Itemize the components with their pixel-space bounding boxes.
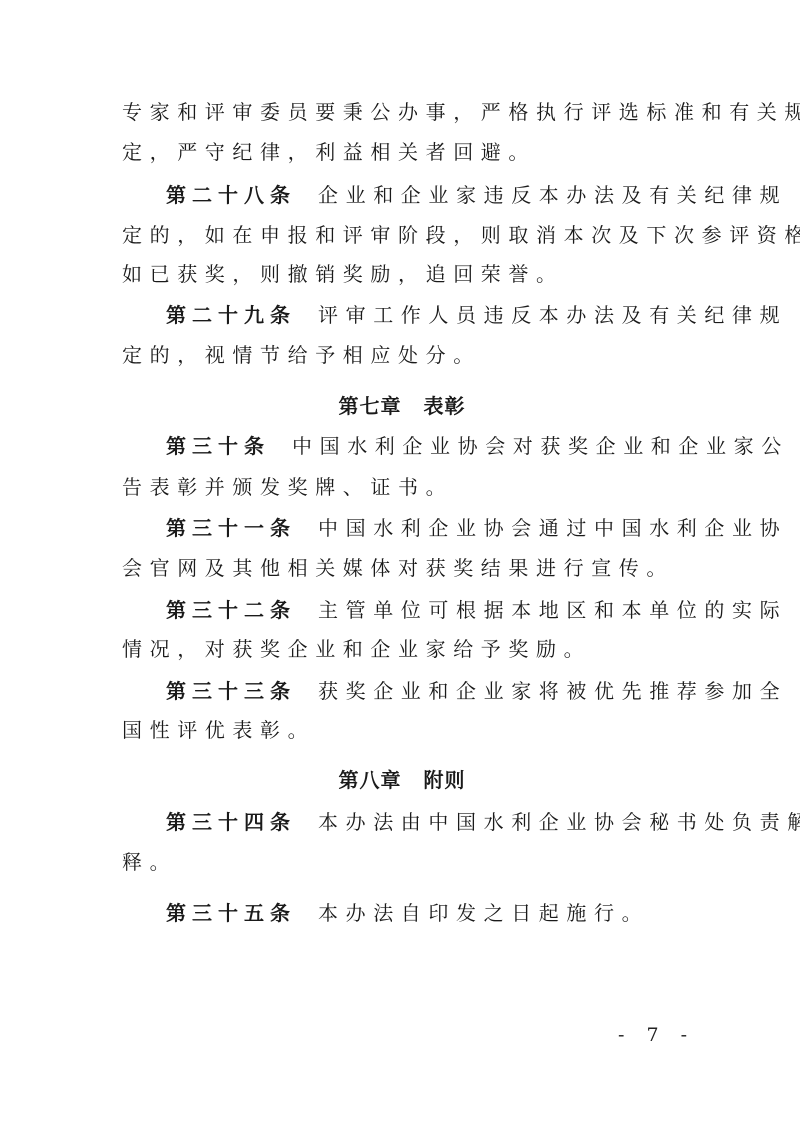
paragraph-line: 专家和评审委员要秉公办事，严格执行评选标准和有关规 (122, 98, 800, 126)
article-29: 第二十九条评审工作人员违反本办法及有关纪律规 (166, 301, 787, 329)
paragraph-line: 定的，如在申报和评审阶段，则取消本次及下次参评资格； (122, 221, 800, 249)
chapter-number: 第八章 (339, 768, 402, 792)
article-text: 主管单位可根据本地区和本单位的实际 (318, 598, 787, 622)
article-34: 第三十四条本办法由中国水利企业协会秘书处负责解 (166, 808, 800, 836)
article-28: 第二十八条企业和企业家违反本办法及有关纪律规 (166, 181, 787, 209)
chapter-title: 附则 (424, 768, 466, 792)
paragraph-line: 如已获奖，则撤销奖励，追回荣誉。 (122, 260, 564, 288)
article-text: 本办法由中国水利企业协会秘书处负责解 (318, 810, 800, 834)
paragraph-line: 定的，视情节给予相应处分。 (122, 341, 481, 369)
article-text: 评审工作人员违反本办法及有关纪律规 (318, 303, 787, 327)
article-30: 第三十条中国水利企业协会对获奖企业和企业家公 (166, 432, 789, 460)
article-35: 第三十五条本办法自印发之日起施行。 (166, 899, 649, 927)
article-32: 第三十二条主管单位可根据本地区和本单位的实际 (166, 596, 787, 624)
paragraph-line: 会官网及其他相关媒体对获奖结果进行宣传。 (122, 554, 674, 582)
paragraph-line: 告表彰并颁发奖牌、证书。 (122, 473, 453, 501)
paragraph-line: 情况，对获奖企业和企业家给予奖励。 (122, 635, 591, 663)
chapter-heading-7: 第七章表彰 (122, 392, 682, 420)
article-text: 中国水利企业协会对获奖企业和企业家公 (292, 434, 789, 458)
article-label: 第三十四条 (166, 810, 296, 834)
article-33: 第三十三条获奖企业和企业家将被优先推荐参加全 (166, 677, 787, 705)
article-31: 第三十一条中国水利企业协会通过中国水利企业协 (166, 514, 787, 542)
paragraph-line: 国性评优表彰。 (122, 716, 315, 744)
article-label: 第三十二条 (166, 598, 296, 622)
article-text: 中国水利企业协会通过中国水利企业协 (318, 516, 787, 540)
article-label: 第三十条 (166, 434, 270, 458)
article-label: 第二十九条 (166, 303, 296, 327)
article-text: 企业和企业家违反本办法及有关纪律规 (318, 183, 787, 207)
chapter-title: 表彰 (424, 394, 466, 418)
article-text: 获奖企业和企业家将被优先推荐参加全 (318, 679, 787, 703)
article-text: 本办法自印发之日起施行。 (318, 901, 649, 925)
chapter-heading-8: 第八章附则 (122, 766, 682, 794)
paragraph-line: 释。 (122, 848, 177, 876)
page-number: - 7 - (618, 1024, 695, 1046)
paragraph-line: 定，严守纪律，利益相关者回避。 (122, 138, 536, 166)
article-label: 第三十一条 (166, 516, 296, 540)
chapter-number: 第七章 (339, 394, 402, 418)
article-label: 第二十八条 (166, 183, 296, 207)
article-label: 第三十五条 (166, 901, 296, 925)
article-label: 第三十三条 (166, 679, 296, 703)
